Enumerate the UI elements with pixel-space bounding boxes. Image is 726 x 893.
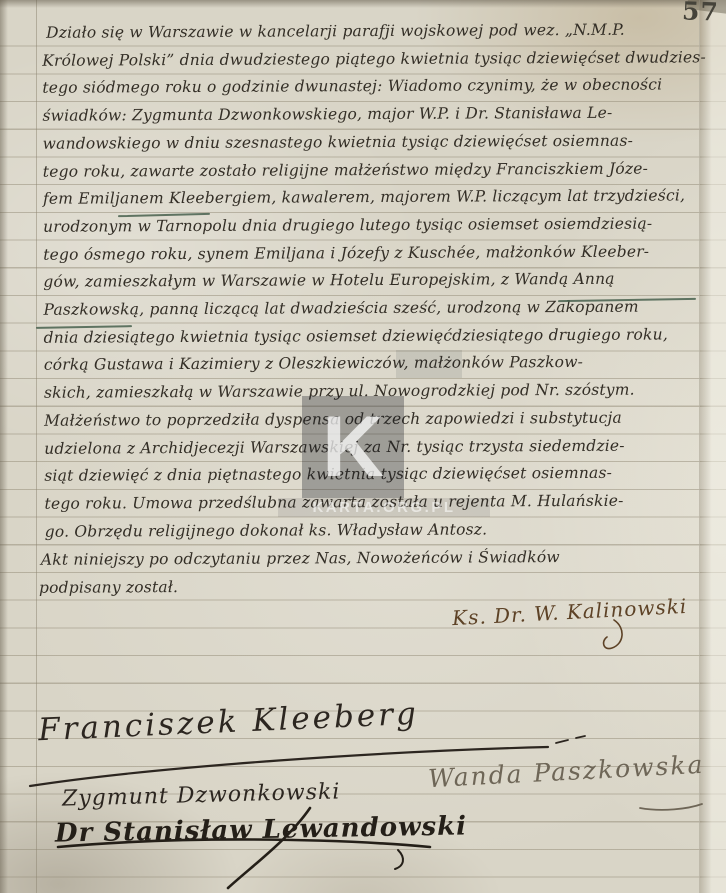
- watermark-shadow: [396, 350, 462, 378]
- watermark-letter: K: [322, 404, 384, 490]
- act-line: Paszkowską, panną liczącą lat dwadzieści…: [43, 298, 638, 319]
- act-line: dnia dziesiątego kwietnia tysiąc osiemse…: [44, 325, 668, 346]
- act-line: Akt niniejszy po odczytaniu przez Nas, N…: [41, 548, 560, 569]
- act-line: świadków: Zygmunta Dzwonkowskiego, major…: [42, 104, 612, 125]
- page-number: 57: [682, 0, 720, 27]
- act-line: Działo się w Warszawie w kancelarji para…: [46, 21, 625, 42]
- watermark-site-text: KARTA.ORG.PL: [278, 498, 490, 517]
- act-line: fem Emiljanem Kleebergiem, kawalerem, ma…: [43, 186, 685, 207]
- act-line: wandowskiego w dniu szesnastego kwietnia…: [43, 132, 634, 153]
- act-line: tego ósmego roku, synem Emiljana i Józef…: [43, 243, 649, 264]
- watermark-k-logo: K: [302, 396, 404, 498]
- act-line: podpisany został.: [39, 578, 178, 597]
- act-line: tego siódmego roku o godzinie dwunastej:…: [42, 76, 662, 97]
- act-line: Królowej Polski” dnia dwudziestego piąte…: [42, 48, 706, 69]
- act-line: tego roku, zawarte zostało religijne mał…: [43, 160, 648, 181]
- act-line: córką Gustawa i Kazimiery z Oleszkiewicz…: [44, 353, 583, 374]
- margin-line: [36, 0, 37, 893]
- act-line: go. Obrzędu religijnego dokonał ks. Wład…: [45, 520, 488, 540]
- document-page: 57 Działo się w Warszawie w kancelarji p…: [0, 0, 726, 893]
- page-edge-top: [0, 0, 726, 8]
- act-line: urodzonym w Tarnopolu dnia drugiego lute…: [43, 215, 652, 236]
- page-edge-left: [0, 0, 8, 893]
- act-line: gów, zamieszkałym w Warszawie w Hotelu E…: [43, 270, 614, 291]
